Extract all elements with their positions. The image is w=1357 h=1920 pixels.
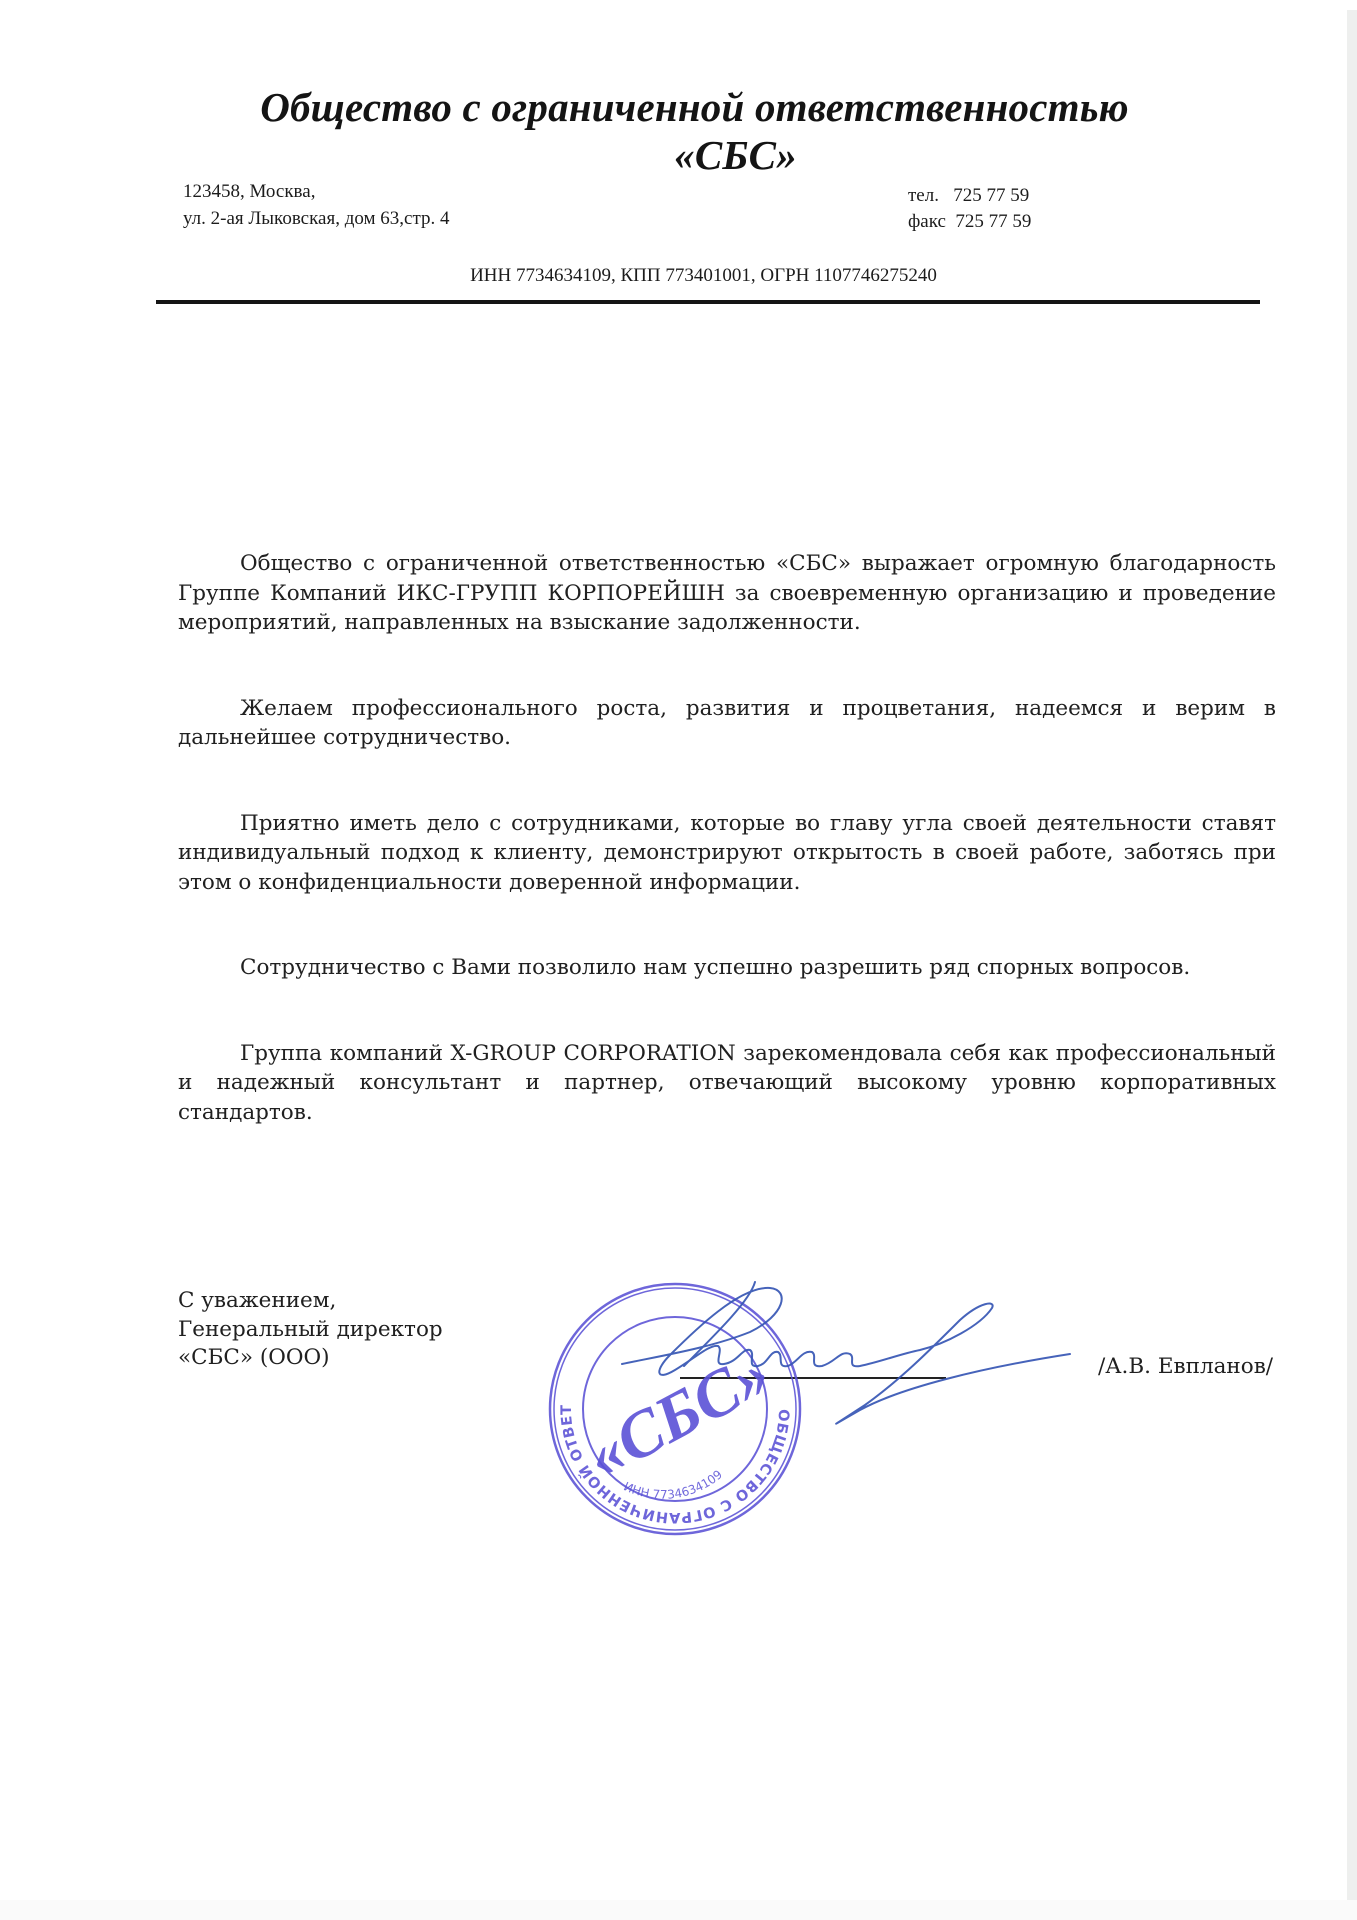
paragraph: Группа компаний X-GROUP CORPORATION заре…: [178, 1039, 1276, 1128]
closing-salutation: С уважением,: [178, 1287, 443, 1316]
address-line-1: 123458, Москва,: [183, 180, 315, 204]
paragraph: Желаем профессионального роста, развития…: [178, 694, 1276, 753]
paragraph: Сотрудничество с Вами позволило нам успе…: [178, 953, 1276, 983]
page-edge-right: [1347, 10, 1357, 1900]
closing-block: С уважением, Генеральный директор «СБС» …: [178, 1287, 443, 1373]
signer-position: Генеральный директор: [178, 1316, 443, 1345]
header-divider: [156, 300, 1260, 304]
page-edge-bottom: [0, 1900, 1357, 1920]
paragraph: Приятно иметь дело с сотрудниками, котор…: [178, 809, 1276, 898]
phone-number: тел. 725 77 59: [908, 184, 1029, 208]
company-title: Общество с ограниченной ответственностью: [16, 84, 1357, 130]
paragraph: Общество с ограниченной ответственностью…: [178, 549, 1276, 638]
signer-company: «СБС» (ООО): [178, 1344, 443, 1373]
company-requisites: ИНН 7734634109, КПП 773401001, ОГРН 1107…: [0, 264, 1357, 288]
handwritten-signature-icon: [600, 1270, 1080, 1450]
address-line-2: ул. 2-ая Лыковская, дом 63,стр. 4: [183, 207, 450, 231]
company-name: «СБС»: [57, 132, 1357, 178]
fax-number: факс 725 77 59: [908, 210, 1031, 234]
letter-body: Общество с ограниченной ответственностью…: [178, 549, 1276, 1183]
signer-name: /А.В. Евпланов/: [1098, 1353, 1273, 1381]
